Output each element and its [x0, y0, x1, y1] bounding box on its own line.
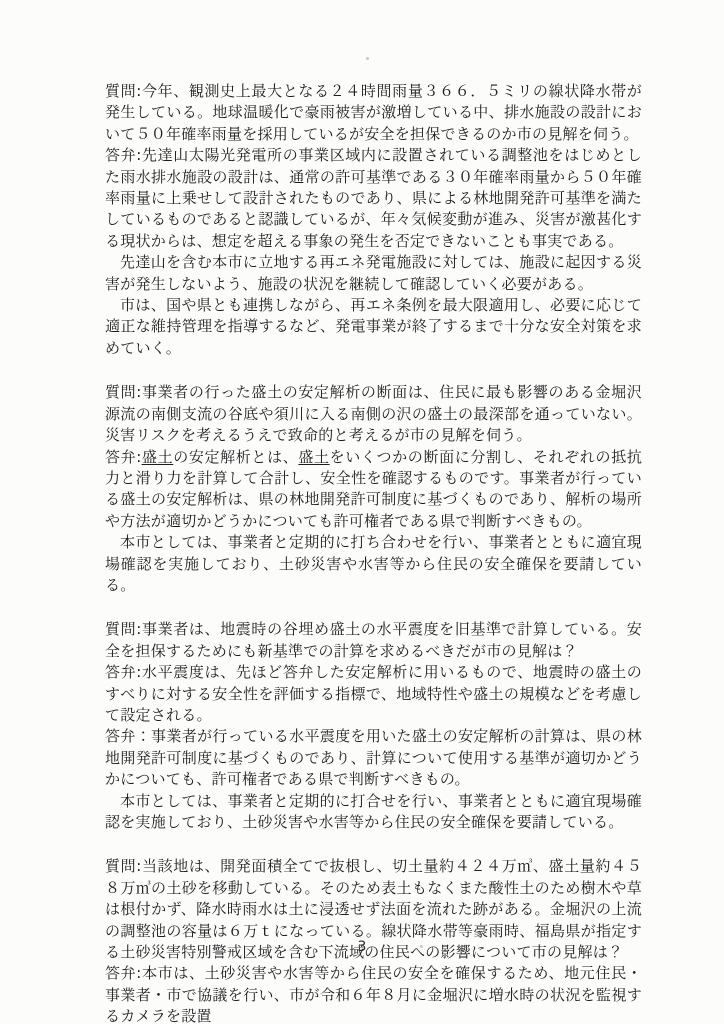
text-run: 質問:事業者は、地震時の谷埋め盛土の水平震度を旧基準で計算している。安全を担保す…: [105, 620, 642, 659]
qa-block-3: 質問:事業者は、地震時の谷埋め盛土の水平震度を旧基準で計算している。安全を担保す…: [105, 619, 642, 833]
text-run: 答弁:: [105, 448, 142, 466]
answer-paragraph: 答弁:先達山太陽光発電所の事業区域内に設置されている調整池をはじめとした雨水排水…: [105, 145, 642, 252]
answer-paragraph: 答弁:盛土の安定解析とは、盛土をいくつかの断面に分割し、それぞれの抵抗力と滑り力…: [105, 447, 642, 533]
scanned-document-page: 質問:今年、観測史上最大となる２４時間雨量３６６．５ミリの線状降水帯が発生してい…: [0, 0, 724, 1024]
question-paragraph: 質問:事業者は、地震時の谷埋め盛土の水平震度を旧基準で計算している。安全を担保す…: [105, 619, 642, 662]
answer-paragraph: 答弁：事業者が行っている水平震度を用いた盛土の安定解析の計算は、県の林地開発許可…: [105, 726, 642, 790]
answer-continued-paragraph: 市は、国や県とも連携しながら、再エネ条例を最大限適用し、必要に応じて適正な維持管…: [105, 295, 642, 359]
question-paragraph: 質問:事業者の行った盛土の安定解析の断面は、住民に最も影響のある金堀沢源流の南側…: [105, 382, 642, 446]
qa-blocks: 質問:今年、観測史上最大となる２４時間雨量３６６．５ミリの線状降水帯が発生してい…: [105, 81, 642, 1024]
qa-block-1: 質問:今年、観測史上最大となる２４時間雨量３６６．５ミリの線状降水帯が発生してい…: [105, 81, 642, 359]
page-number: 3: [0, 939, 724, 955]
text-run: 質問:今年、観測史上最大となる２４時間雨量３６６．５ミリの線状降水帯が発生してい…: [105, 82, 642, 143]
text-run: 答弁:水平震度は、先ほど答弁した安定解析に用いるもので、地震時の盛土のすべりに対…: [105, 663, 642, 724]
answer-paragraph: 答弁:水平震度は、先ほど答弁した安定解析に用いるもので、地震時の盛土のすべりに対…: [105, 662, 642, 726]
text-run: 質問:事業者の行った盛土の安定解析の断面は、住民に最も影響のある金堀沢源流の南側…: [105, 383, 642, 444]
answer-continued-paragraph: 本市としては、事業者と定期的に打合せを行い、事業者とともに適宜現場確認を実施して…: [105, 791, 642, 834]
text-run: 市は、国や県とも連携しながら、再エネ条例を最大限適用し、必要に応じて適正な維持管…: [105, 296, 642, 357]
qa-block-2: 質問:事業者の行った盛土の安定解析の断面は、住民に最も影響のある金堀沢源流の南側…: [105, 382, 642, 596]
text-run: 本市としては、事業者と定期的に打合せを行い、事業者とともに適宜現場確認を実施して…: [105, 792, 642, 831]
text-run: の安定解析とは、: [173, 448, 298, 466]
text-run: 答弁:本市は、土砂災害や水害等から住民の安全を確保するため、地元住民・事業者・市…: [105, 964, 642, 1024]
answer-continued-paragraph: 本市としては、事業者と定期的に打ち合わせを行い、事業者とともに適宜現場確認を実施…: [105, 532, 642, 596]
answer-paragraph: 答弁:本市は、土砂災害や水害等から住民の安全を確保するため、地元住民・事業者・市…: [105, 963, 642, 1024]
answer-continued-paragraph: 先達山を含む本市に立地する再エネ発電施設に対しては、施設に起因する災害が発生しな…: [105, 252, 642, 295]
underlined-text-run: 盛土: [142, 448, 174, 466]
text-run: 答弁:先達山太陽光発電所の事業区域内に設置されている調整池をはじめとした雨水排水…: [105, 146, 642, 250]
scan-speck: [366, 57, 369, 60]
text-run: 本市としては、事業者と定期的に打ち合わせを行い、事業者とともに適宜現場確認を実施…: [105, 533, 642, 594]
text-run: 先達山を含む本市に立地する再エネ発電施設に対しては、施設に起因する災害が発生しな…: [105, 253, 642, 292]
underlined-text-run: 盛土: [298, 448, 329, 466]
question-paragraph: 質問:今年、観測史上最大となる２４時間雨量３６６．５ミリの線状降水帯が発生してい…: [105, 81, 642, 145]
text-run: 答弁：事業者が行っている水平震度を用いた盛土の安定解析の計算は、県の林地開発許可…: [105, 727, 642, 788]
